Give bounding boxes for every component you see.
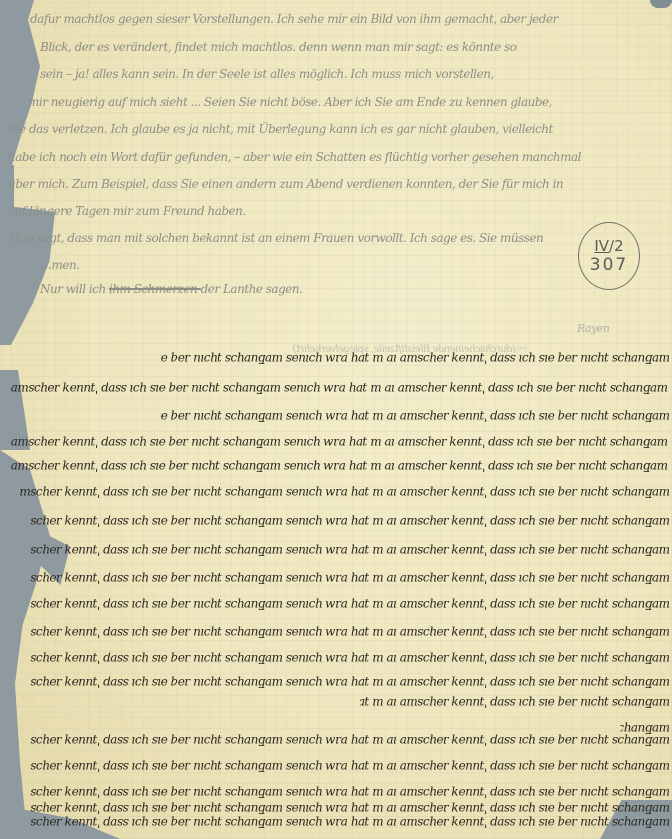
ink-handwriting-line-inverted: ɯɐƃuɐɥɔs ʇɥɔıu ɹǝq ǝıs ɥɔı ssɐp 'ʇuuǝʞ ɹ… <box>8 458 668 474</box>
ink-handwriting-line-inverted: ɯɐƃuɐɥɔs ʇɥɔıu ɹǝq ǝıs ɥɔı ssɐp 'ʇuuǝʞ ɹ… <box>160 408 670 424</box>
ink-handwriting-line-inverted: ɯɐƃuɐɥɔs ʇɥɔıu ɹǝq ǝıs ɥɔı ssɐp 'ʇuuǝʞ ɹ… <box>30 624 670 640</box>
ink-handwriting-line-inverted: ɯɐƃuɐɥɔs ʇɥɔıu ɹǝq ǝıs ɥɔı ssɐp 'ʇuuǝʞ ɹ… <box>30 513 670 529</box>
ink-handwriting-line-inverted: ɯɐƃuɐɥɔs ʇɥɔıu ɹǝq ǝıs ɥɔı ssɐp 'ʇuuǝʞ ɹ… <box>30 674 670 690</box>
ink-handwriting-line-inverted: ɯɐƃuɐɥɔs ʇɥɔıu ɹǝq ǝıs ɥɔı ssɐp 'ʇuuǝʞ ɹ… <box>30 570 670 586</box>
ink-handwriting-line-inverted: ɯɐƃuɐɥɔs ʇɥɔıu ɹǝq ǝıs ɥɔı ssɐp 'ʇuuǝʞ ɹ… <box>30 784 670 800</box>
manuscript-page: dafur machtlos gegen sieser Vorstellunge… <box>0 0 672 839</box>
ink-handwriting-line-inverted: ɯɐƃuɐɥɔs ʇɥɔıu ɹǝq ǝıs ɥɔı ssɐp 'ʇuuǝʞ ɹ… <box>8 380 668 396</box>
ink-handwriting-line-inverted: ɯɐƃuɐɥɔs ʇɥɔıu ɹǝq ǝıs ɥɔı ssɐp 'ʇuuǝʞ ɹ… <box>8 434 668 450</box>
ink-handwriting-line-inverted: ɯɐƃuɐɥɔs ʇɥɔıu ɹǝq ǝıs ɥɔı ssɐp 'ʇuuǝʞ ɹ… <box>30 732 670 748</box>
ink-handwriting-line-inverted: ɯɐƃuɐɥɔs ʇɥɔıu ɹǝq ǝıs ɥɔı ssɐp 'ʇuuǝʞ ɹ… <box>30 542 670 558</box>
ink-handwriting-line-inverted: ɯɐƃuɐɥɔs ʇɥɔıu ɹǝq ǝıs ɥɔı ssɐp 'ʇuuǝʞ ɹ… <box>160 350 670 366</box>
ink-handwriting-line-inverted: ɯɐƃuɐɥɔs ʇɥɔıu ɹǝq ǝıs ɥɔı ssɐp 'ʇuuǝʞ ɹ… <box>20 484 670 500</box>
ink-handwriting-line-inverted: ɯɐƃuɐɥɔs ʇɥɔıu ɹǝq ǝıs ɥɔı ssɐp 'ʇuuǝʞ ɹ… <box>30 758 670 774</box>
ink-handwriting-line-inverted: ɯɐƃuɐɥɔs ʇɥɔıu ɹǝq ǝıs ɥɔı ssɐp 'ʇuuǝʞ ɹ… <box>360 694 670 710</box>
ink-handwriting-line-inverted: ɯɐƃuɐɥɔs ʇɥɔıu ɹǝq ǝıs ɥɔı ssɐp 'ʇuuǝʞ ɹ… <box>30 650 670 666</box>
ink-handwriting-line-inverted: ɯɐƃuɐɥɔs ʇɥɔıu ɹǝq ǝıs ɥɔı ssɐp 'ʇuuǝʞ ɹ… <box>30 596 670 612</box>
ink-handwriting-line-inverted: ɯɐƃuɐɥɔs ʇɥɔıu ɹǝq ǝıs ɥɔı ssɐp 'ʇuuǝʞ ɹ… <box>30 814 670 830</box>
ink-text-block-upside-down: ɯɐƃuɐɥɔs ʇɥɔıu ɹǝq ǝıs ɥɔı ssɐp 'ʇuuǝʞ ɹ… <box>0 0 672 839</box>
